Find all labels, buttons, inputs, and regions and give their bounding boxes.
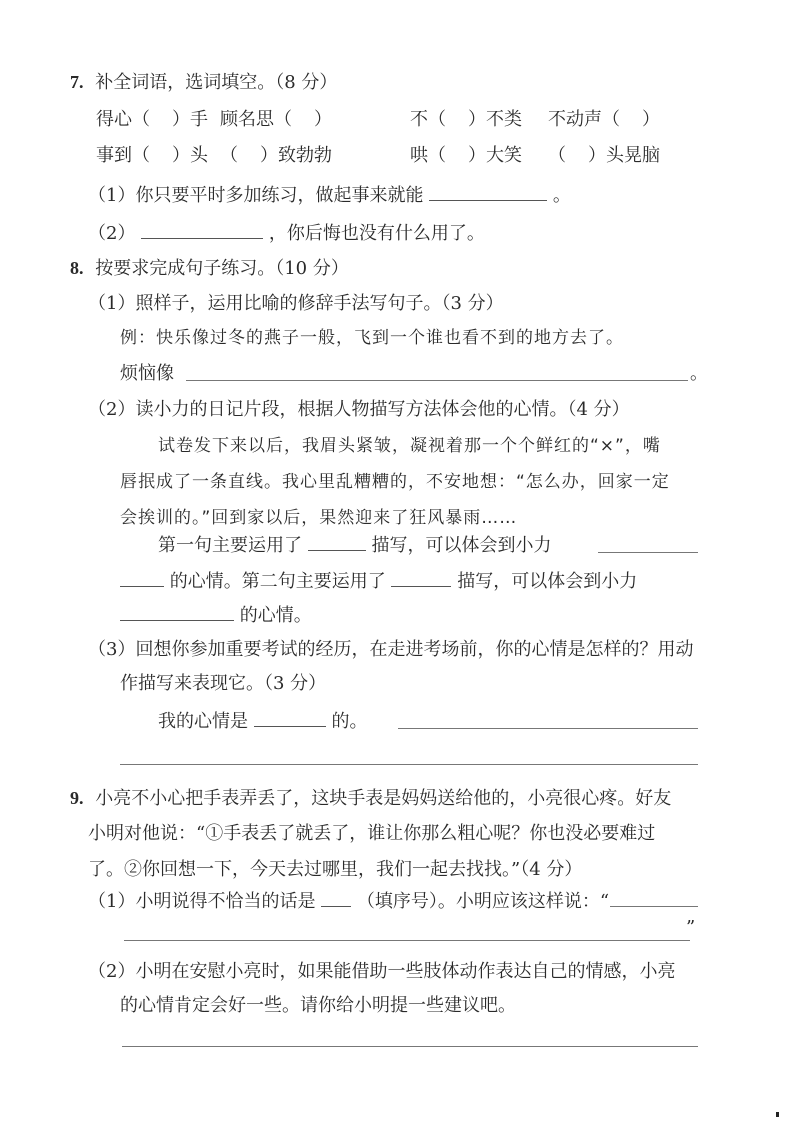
idiom-2: 顾名思（） (220, 108, 332, 132)
q9-sub-1-answer-line-b[interactable] (124, 940, 690, 941)
idiom-4: 不动声（） (548, 108, 660, 132)
q8-part1-answer: 烦恼像 (120, 362, 174, 386)
q9-header: 9. 小亮不小心把手表弄丢了，这块手表是妈妈送给他的，小亮很心疼。好友 (70, 786, 671, 811)
q8-part3-answer: 我的心情是 的。 (158, 708, 367, 734)
q9-stem-line-2: 小明对他说：“①手表丢了就丢了，谁让你那么粗心呢？你也没必要难过 (88, 822, 655, 846)
idiom-7: 哄（）大笑 (410, 144, 522, 168)
q8-description-type-blank-2[interactable] (391, 568, 451, 587)
q8-mood-blank-1b[interactable] (120, 568, 164, 587)
q8-part3-answer-line-2[interactable] (120, 764, 698, 765)
idiom-3: 不（）不类 (410, 108, 522, 132)
q8-mood-blank-2[interactable] (120, 602, 234, 621)
q8-part1-period: 。 (690, 362, 708, 386)
scan-mark (776, 1112, 779, 1117)
q7-number: 7. (70, 72, 84, 92)
q8-header: 8. 按要求完成句子练习。（10 分） (70, 256, 349, 281)
q8-mood-blank-1a[interactable] (598, 552, 698, 553)
q7-s1-answer-blank[interactable] (429, 182, 547, 201)
q9-sub-1-answer-line-a[interactable] (610, 906, 698, 907)
q9-sub-1: （1）小明说得不恰当的话是 （填序号）。小明应该这样说：“ (88, 888, 609, 914)
q8-part1-title: （1）照样子，运用比喻的修辞手法写句子。（3 分） (88, 292, 504, 316)
idiom-6: （）致勃勃 (220, 144, 332, 168)
q9-sub-2-answer-line[interactable] (122, 1046, 698, 1047)
q9-sub-2-line-2: 的心情肯定会好一些。请你给小明提一些建议吧。 (120, 994, 516, 1018)
q8-title: 按要求完成句子练习。（10 分） (95, 258, 349, 279)
q8-part3-answer-line-1[interactable] (398, 728, 698, 729)
q8-part2-title: （2）读小力的日记片段，根据人物描写方法体会他的心情。（4 分） (88, 398, 630, 422)
q9-stem-line-3: 了。②你回想一下，今天去过哪里，我们一起去找找。”（4 分） (88, 858, 582, 882)
q8-part1-answer-line[interactable] (186, 380, 688, 381)
q9-sub-2-line-1: （2）小明在安慰小亮时，如果能借助一些肢体动作表达自己的情感，小亮 (88, 960, 675, 984)
q8-part1-example: 例：快乐像过冬的燕子一般，飞到一个谁也看不到的地方去了。 (120, 326, 624, 350)
q8-part2-fill-1: 第一句主要运用了 描写，可以体会到小力 (158, 532, 551, 558)
idiom-5: 事到（）头 (96, 144, 208, 168)
q8-passage-line-2: 唇抿成了一条直线。我心里乱糟糟的，不安地想：“怎么办，回家一定 (120, 470, 670, 494)
q8-mood-answer-blank[interactable] (254, 708, 326, 727)
q7-sentence-2: （2） ，你后悔也没有什么用了。 (88, 220, 485, 246)
q9-number: 9. (70, 788, 84, 808)
q8-part3-title: （3）回想你参加重要考试的经历，在走进考场前，你的心情是怎样的？用动 (88, 638, 693, 662)
q8-passage-line-3: 会挨训的。”回到家以后，果然迎来了狂风暴雨…… (120, 506, 517, 530)
q9-sequence-number-blank[interactable] (321, 888, 351, 907)
idiom-8: （）头晃脑 (548, 144, 660, 168)
q7-header: 7. 补全词语，选词填空。（8 分） (70, 70, 337, 95)
q8-description-type-blank-1[interactable] (308, 532, 366, 551)
q7-s2-answer-blank[interactable] (141, 220, 263, 239)
q9-stem-line-1: 小亮不小心把手表弄丢了，这块手表是妈妈送给他的，小亮很心疼。好友 (95, 788, 671, 809)
q7-title: 补全词语，选词填空。（8 分） (95, 72, 337, 93)
idiom-1: 得心（）手 (96, 108, 208, 132)
q7-sentence-1: （1）你只要平时多加练习，做起事来就能 。 (88, 182, 571, 208)
q8-part2-fill-3: 的心情。 (120, 602, 312, 628)
q8-part3-title-cont: 作描写来表现它。（3 分） (120, 672, 326, 696)
q8-part2-fill-2: 的心情。第二句主要运用了 描写，可以体会到小力 (120, 568, 637, 594)
q8-number: 8. (70, 258, 84, 278)
q9-sub-1-close-quote: ” (686, 916, 695, 940)
q8-passage-line-1: 试卷发下来以后，我眉头紧皱，凝视着那一个个鲜红的“×”，嘴 (158, 434, 661, 458)
